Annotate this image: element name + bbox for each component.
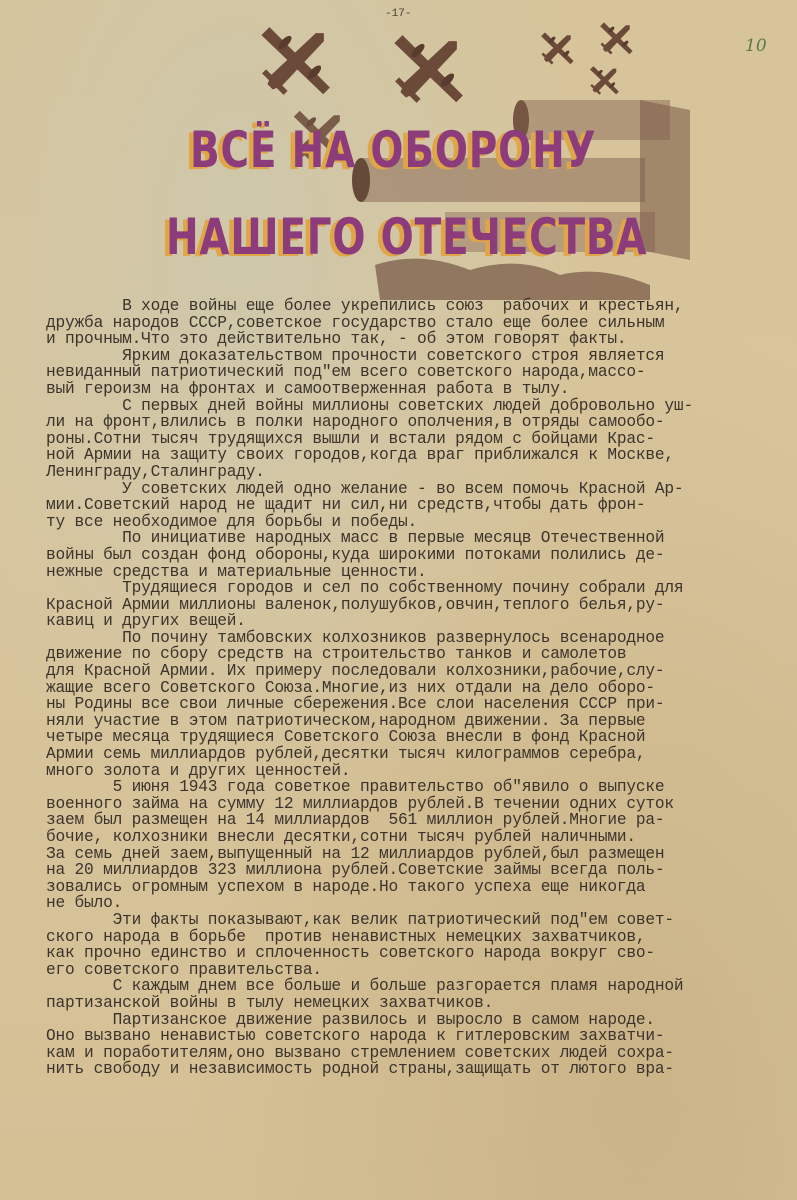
text-line: няли участие в этом патриотическом,народ…	[46, 713, 797, 730]
text-line: ли на фронт,влились в полки народного оп…	[46, 414, 797, 431]
text-line: Эти факты показывают,как велик патриотич…	[46, 912, 797, 929]
text-line: и прочным.Что это действительно так, - о…	[46, 331, 797, 348]
text-line: ны Родины все свои личные сбережения.Все…	[46, 696, 797, 713]
text-line: Оно вызвано ненавистью советского народа…	[46, 1028, 797, 1045]
text-line: не было.	[46, 895, 797, 912]
text-line: жащие всего Советского Союза.Многие,из н…	[46, 680, 797, 697]
text-line: на 20 миллиардов 323 миллиона рублей.Сов…	[46, 862, 797, 879]
bomber-icon	[581, 56, 629, 104]
text-line: зовались огромным успехом в народе.Но та…	[46, 879, 797, 896]
text-line: роны.Сотни тысяч трудящихся вышли и вста…	[46, 431, 797, 448]
text-line: кавиц и других вещей.	[46, 613, 797, 630]
text-line: кам и поработителям,оно вызвано стремлен…	[46, 1045, 797, 1062]
text-line: С первых дней войны миллионы советских л…	[46, 398, 797, 415]
text-line: Трудящиеся городов и сел по собственному…	[46, 580, 797, 597]
title-line-2: НАШЕГО ОТЕЧЕСТВА	[166, 212, 647, 262]
text-line: невиданный патриотический под"ем всего с…	[46, 364, 797, 381]
text-line: военного займа на сумму 12 миллиардов ру…	[46, 796, 797, 813]
bomber-icon	[531, 21, 585, 75]
text-line: ского народа в борьбе против ненавистных…	[46, 929, 797, 946]
text-line: бочие, колхозники внесли десятки,сотни т…	[46, 829, 797, 846]
text-line: партизанской войны в тылу немецких захва…	[46, 995, 797, 1012]
text-line: ной Армии на защиту своих городов,когда …	[46, 447, 797, 464]
text-line: нежные средства и материальные ценности.	[46, 564, 797, 581]
text-line: для Красной Армии. Их примеру последовал…	[46, 663, 797, 680]
text-line: У советских людей одно желание - во всем…	[46, 481, 797, 498]
text-line: Армии семь миллиардов рублей,десятки тыс…	[46, 746, 797, 763]
bomber-icon	[590, 11, 644, 65]
bomber-icon	[240, 3, 354, 117]
title-line-1: ВСЁ НА ОБОРОНУ	[190, 125, 596, 175]
text-line: С каждым днем все больше и больше разгор…	[46, 978, 797, 995]
text-line: За семь дней заем,выпущенный на 12 милли…	[46, 846, 797, 863]
text-line: В ходе войны еще более укрепились союз р…	[46, 298, 797, 315]
text-line: много золота и других ценностей.	[46, 763, 797, 780]
text-line: Партизанское движение развилось и выросл…	[46, 1012, 797, 1029]
text-line: мии.Советский народ не щадит ни сил,ни с…	[46, 497, 797, 514]
text-line: четыре месяца трудящиеся Советского Союз…	[46, 729, 797, 746]
text-line: Красной Армии миллионы валенок,полушубко…	[46, 597, 797, 614]
bomber-icon	[373, 11, 487, 125]
typewritten-body: В ходе войны еще более укрепились союз р…	[46, 298, 797, 1078]
text-line: ту все необходимое для борьбы и победы.	[46, 514, 797, 531]
text-line: его советского правительства.	[46, 962, 797, 979]
text-line: как прочно единство и сплоченность совет…	[46, 945, 797, 962]
text-line: По инициативе народных масс в первые мес…	[46, 530, 797, 547]
text-line: Ленинграду,Сталинграду.	[46, 464, 797, 481]
text-line: дружба народов СССР,советское государств…	[46, 315, 797, 332]
text-line: Ярким доказательством прочности советско…	[46, 348, 797, 365]
text-line: войны был создан фонд обороны,куда широк…	[46, 547, 797, 564]
text-line: заем был размещен на 14 миллиардов 561 м…	[46, 812, 797, 829]
text-line: вый героизм на фронтах и самоотверженная…	[46, 381, 797, 398]
text-line: По почину тамбовских колхозников разверн…	[46, 630, 797, 647]
text-line: 5 июня 1943 года советкое правительство …	[46, 779, 797, 796]
text-line: нить свободу и независимость родной стра…	[46, 1061, 797, 1078]
text-line: движение по сбору средств на строительст…	[46, 646, 797, 663]
